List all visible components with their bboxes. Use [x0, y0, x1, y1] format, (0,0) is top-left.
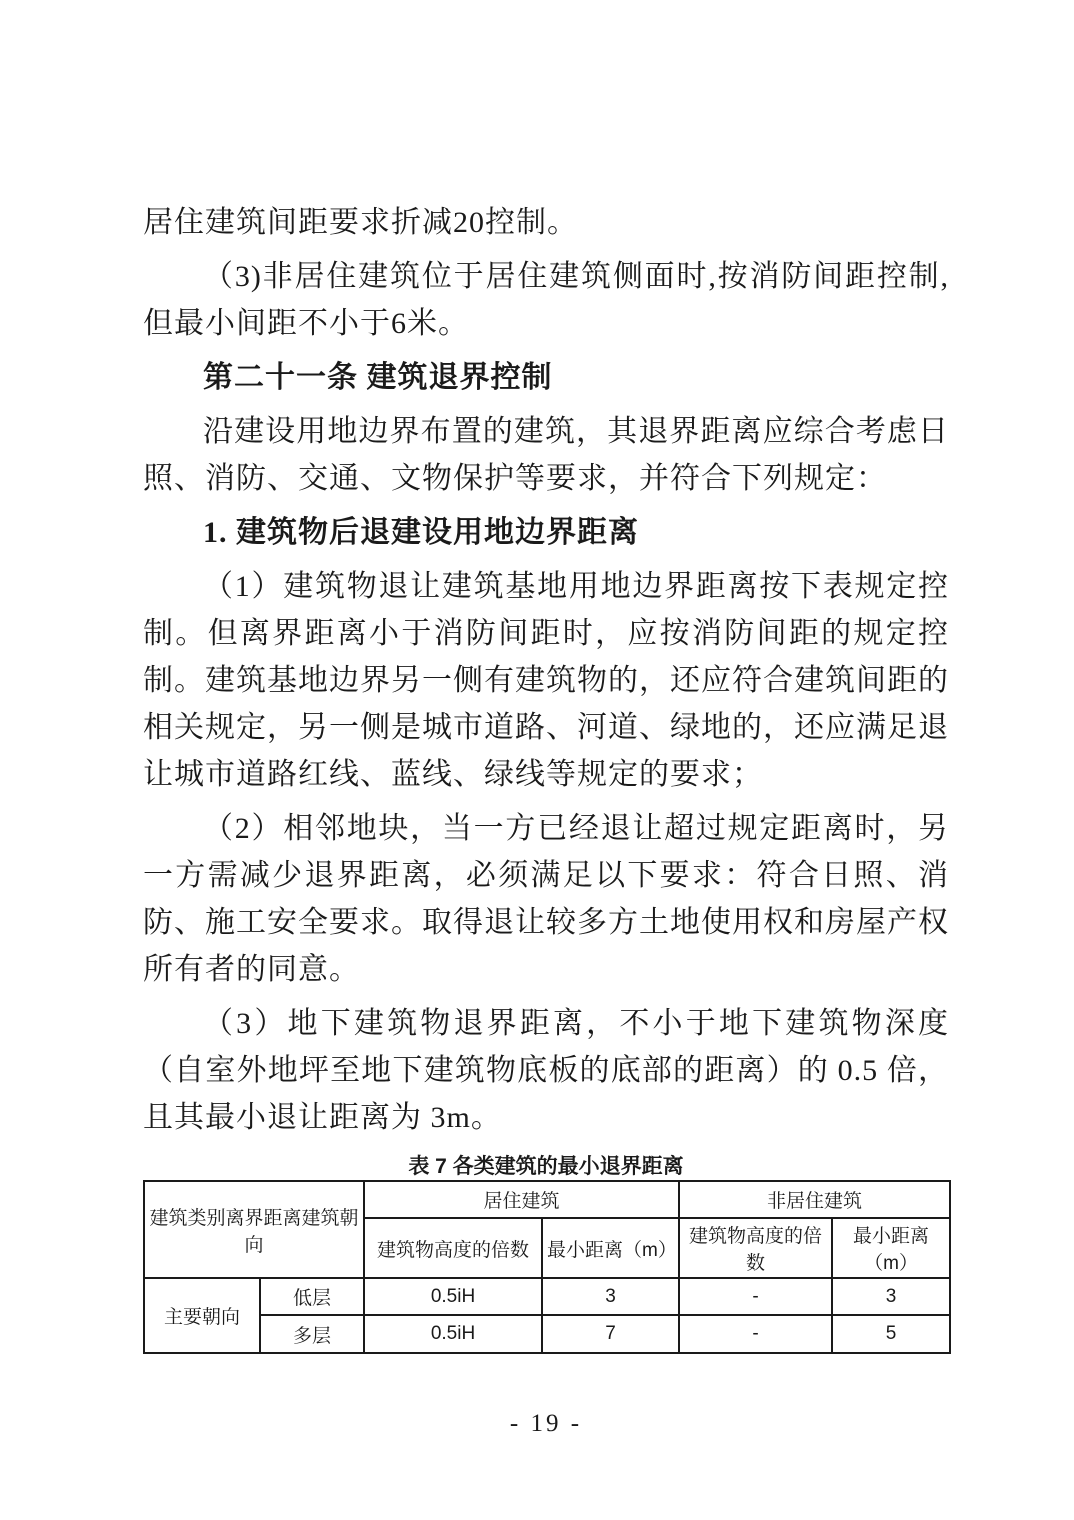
- table-row-multi-storey: 多层 0.5iH 7 - 5: [144, 1315, 950, 1353]
- cell-res-min: 3: [542, 1278, 679, 1315]
- table-corner-header: 建筑类别离界距离建筑朝向: [144, 1181, 364, 1278]
- subheader-res-height-multiple: 建筑物高度的倍数: [364, 1218, 542, 1278]
- cell-category: 低层: [260, 1278, 364, 1315]
- paragraph-item-3-underground: （3）地下建筑物退界距离，不小于地下建筑物深度（自室外地坪至地下建筑物底板的底部…: [143, 1000, 949, 1141]
- cell-res-multiple: 0.5iH: [364, 1278, 542, 1315]
- paragraph-item-1: （1）建筑物退让建筑基地用地边界距离按下表规定控制。但离界距离小于消防间距时，应…: [143, 563, 949, 798]
- paragraph-item-2: （2）相邻地块，当一方已经退让超过规定距离时，另一方需减少退界距离，必须满足以下…: [143, 805, 949, 993]
- subheader-nonres-min-distance: 最小距离（m）: [832, 1218, 950, 1278]
- cell-orientation: 主要朝向: [144, 1278, 260, 1353]
- group-header-non-residential: 非居住建筑: [679, 1181, 950, 1218]
- table-caption: 表 7 各类建筑的最小退界距离: [143, 1154, 949, 1180]
- cell-nonres-multiple: -: [679, 1278, 832, 1315]
- subsection-heading-setback: 1. 建筑物后退建设用地边界距离: [143, 509, 949, 556]
- subheader-res-min-distance: 最小距离（m）: [542, 1218, 679, 1278]
- document-body: 居住建筑间距要求折减20控制。 （3)非居住建筑位于居住建筑侧面时,按消防间距控…: [143, 199, 949, 1141]
- min-setback-table: 建筑类别离界距离建筑朝向 居住建筑 非居住建筑 建筑物高度的倍数 最小距离（m）…: [143, 1180, 951, 1354]
- subheader-nonres-height-multiple: 建筑物高度的倍数: [679, 1218, 832, 1278]
- cell-nonres-min: 5: [832, 1315, 950, 1353]
- page-content: 居住建筑间距要求折减20控制。 （3)非居住建筑位于居住建筑侧面时,按消防间距控…: [0, 0, 1074, 1438]
- table-header-row-groups: 建筑类别离界距离建筑朝向 居住建筑 非居住建筑: [144, 1181, 950, 1218]
- paragraph-intro: 沿建设用地边界布置的建筑，其退界距离应综合考虑日照、消防、交通、文物保护等要求，…: [143, 408, 949, 502]
- document-page: 居住建筑间距要求折减20控制。 （3)非居住建筑位于居住建筑侧面时,按消防间距控…: [0, 0, 1074, 1520]
- cell-nonres-multiple: -: [679, 1315, 832, 1353]
- cell-res-multiple: 0.5iH: [364, 1315, 542, 1353]
- page-number: - 19 -: [143, 1410, 949, 1438]
- group-header-residential: 居住建筑: [364, 1181, 679, 1218]
- section-heading-article-21: 第二十一条 建筑退界控制: [143, 354, 949, 401]
- paragraph-item-3-side: （3)非居住建筑位于居住建筑侧面时,按消防间距控制,但最小间距不小于6米。: [143, 253, 949, 347]
- table-row-low-rise: 主要朝向 低层 0.5iH 3 - 3: [144, 1278, 950, 1315]
- cell-nonres-min: 3: [832, 1278, 950, 1315]
- cell-res-min: 7: [542, 1315, 679, 1353]
- cell-category: 多层: [260, 1315, 364, 1353]
- paragraph-continuation: 居住建筑间距要求折减20控制。: [143, 199, 949, 246]
